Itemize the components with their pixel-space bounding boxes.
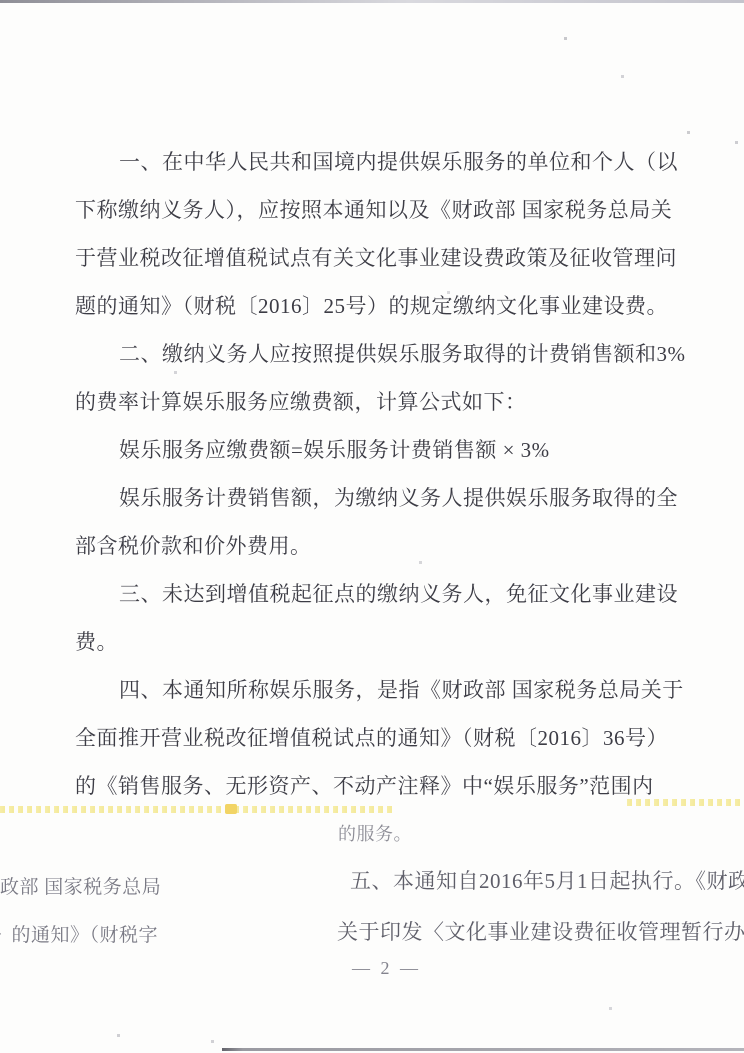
highlight-marker: [225, 804, 237, 814]
body-text-line: 二、缴纳义务人应按照提供娱乐服务取得的计费销售额和3%: [75, 340, 686, 368]
underlay-right-text-line-2: 关于印发〈文化事业建设费征收管理暂行办法〉: [337, 916, 744, 946]
body-text-line: 部含税价款和价外费用。: [75, 532, 312, 560]
body-text-line: 题的通知》（财税〔2016〕25号）的规定缴纳文化事业建设费。: [75, 292, 668, 320]
body-text-line: 下称缴纳义务人），应按照本通知以及《财政部 国家税务总局关: [75, 196, 672, 224]
underlay-left-text-line-2: 〉的通知》（财税字: [0, 920, 158, 947]
page-number: — 2 —: [352, 958, 421, 979]
overlap-continuation-text: 的服务。: [338, 820, 412, 846]
underlay-right-text-line-1: 五、本通知自2016年5月1日起执行。《财政: [350, 865, 744, 895]
body-text-line: 四、本通知所称娱乐服务，是指《财政部 国家税务总局关于: [75, 676, 684, 704]
scan-top-edge-line: [0, 0, 744, 3]
body-text-line: 的费率计算娱乐服务应缴费额，计算公式如下：: [75, 388, 527, 416]
body-text-line: 费。: [75, 628, 118, 656]
body-text-line: 于营业税改征增值税试点有关文化事业建设费政策及征收管理问: [75, 244, 677, 272]
body-text-line: 娱乐服务计费销售额，为缴纳义务人提供娱乐服务取得的全: [75, 484, 678, 512]
highlight-strip-left: [0, 806, 392, 813]
highlight-strip-right: [627, 799, 744, 806]
underlay-left-text-line-1: 政部 国家税务总局: [0, 872, 161, 899]
body-text-line: 三、未达到增值税起征点的缴纳义务人，免征文化事业建设: [75, 580, 678, 608]
body-text-line: 的《销售服务、无形资产、不动产注释》中“娱乐服务”范围内: [75, 772, 654, 800]
scanned-document-page: 一、在中华人民共和国境内提供娱乐服务的单位和个人（以 下称缴纳义务人），应按照本…: [0, 0, 744, 1053]
formula-line: 娱乐服务应缴费额=娱乐服务计费销售额 × 3%: [75, 436, 550, 464]
scan-bottom-edge-line: [222, 1048, 744, 1051]
scan-speckles: [0, 0, 1, 1]
body-text-line: 一、在中华人民共和国境内提供娱乐服务的单位和个人（以: [75, 148, 678, 176]
body-text-line: 全面推开营业税改征增值税试点的通知》（财税〔2016〕36号）: [75, 724, 668, 752]
